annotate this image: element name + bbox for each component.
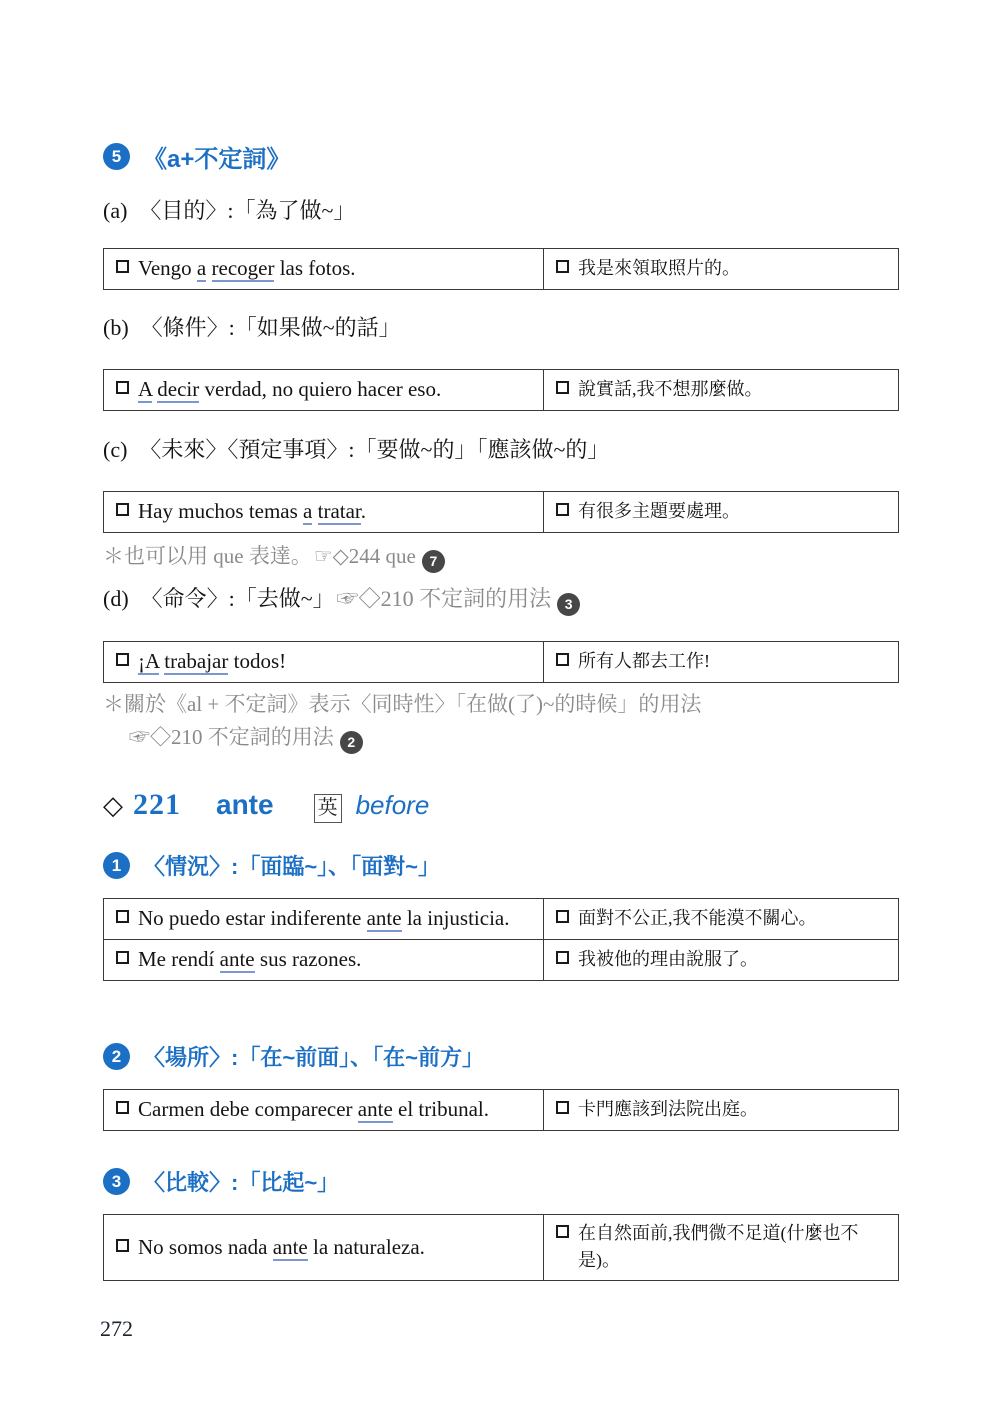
cross-reference: ☞◇244 que — [314, 544, 416, 568]
subsection-b-heading: (b)〈條件〉:「如果做~的話」 — [103, 311, 903, 342]
chinese-translation: 卡門應該到法院出庭。 — [578, 1096, 758, 1123]
chinese-translation: 所有人都去工作! — [578, 648, 710, 675]
chinese-translation: 我被他的理由說服了。 — [578, 946, 758, 973]
subsection-label: (d) — [103, 586, 129, 611]
checkbox-icon — [556, 1101, 569, 1114]
chinese-translation: 面對不公正,我不能漠不關心。 — [578, 905, 817, 932]
spanish-sentence: No somos nada ante la naturaleza. — [138, 1233, 425, 1262]
entry-headword: ante — [216, 789, 274, 821]
section-5-header: 5 《a+不定詞》 — [103, 139, 903, 174]
checkbox-icon — [116, 381, 129, 394]
page-number: 272 — [100, 1316, 300, 1342]
meaning-number-badge: 2 — [103, 1043, 130, 1070]
meaning-number-badge: 1 — [103, 852, 130, 879]
note-line-1: ＊關於《al + 不定詞》表示〈同時性〉「在做(了)~的時候」的用法 — [103, 688, 903, 721]
subsection-title: 〈命令〉:「去做~」 — [141, 586, 335, 611]
reference-number-badge: 2 — [340, 731, 363, 754]
entry-221-header: ◇ 221 ante 英 before — [103, 788, 903, 823]
checkbox-icon — [116, 1239, 129, 1252]
spanish-sentence: No puedo estar indiferente ante la injus… — [138, 904, 509, 933]
note-star: ＊ — [103, 692, 124, 716]
checkbox-icon — [556, 260, 569, 273]
checkbox-icon — [556, 1225, 569, 1238]
note-line-2: ☞◇210 不定詞的用法2 — [129, 721, 903, 754]
subsection-title: 〈條件〉:「如果做~的話」 — [141, 315, 401, 340]
meaning-1-heading: 1 〈情況〉:「面臨~」、「面對~」 — [103, 850, 903, 881]
checkbox-icon — [116, 503, 129, 516]
chinese-translation: 有很多主題要處理。 — [578, 498, 740, 525]
meaning-3-heading: 3 〈比較〉:「比起~」 — [103, 1166, 903, 1197]
section-title: 《a+不定詞》 — [143, 139, 290, 174]
spanish-sentence: Hay muchos temas a tratar. — [138, 497, 366, 526]
checkbox-icon — [116, 910, 129, 923]
example-table-2: Carmen debe comparecer ante el tribunal.… — [103, 1089, 899, 1131]
meaning-2-heading: 2 〈場所〉:「在~前面」、「在~前方」 — [103, 1041, 903, 1072]
chinese-translation: 我是來領取照片的。 — [578, 255, 740, 282]
diamond-icon: ◇ — [103, 793, 123, 819]
english-gloss: before — [356, 790, 430, 821]
table-row: Hay muchos temas a tratar. 有很多主題要處理。 — [104, 492, 899, 533]
checkbox-icon — [116, 951, 129, 964]
checkbox-icon — [556, 503, 569, 516]
reference-number-badge: 7 — [422, 550, 445, 573]
section-number-badge: 5 — [103, 143, 130, 170]
checkbox-icon — [116, 1101, 129, 1114]
spanish-sentence: ¡A trabajar todos! — [138, 647, 286, 676]
subsection-c-heading: (c)〈未來〉〈預定事項〉:「要做~的」「應該做~的」 — [103, 433, 903, 464]
usage-note-que: ＊也可以用 que 表達。☞◇244 que7 — [103, 540, 903, 573]
note-text: 關於《al + 不定詞》表示〈同時性〉「在做(了)~的時候」的用法 — [124, 692, 701, 716]
example-table-d: ¡A trabajar todos! 所有人都去工作! — [103, 641, 899, 683]
table-row: Vengo a recoger las fotos. 我是來領取照片的。 — [104, 249, 899, 290]
subsection-label: (b) — [103, 315, 129, 340]
checkbox-icon — [116, 653, 129, 666]
note-text: 也可以用 que 表達。 — [124, 544, 312, 568]
table-row: No somos nada ante la naturaleza. 在自然面前,… — [104, 1215, 899, 1281]
spanish-sentence: Carmen debe comparecer ante el tribunal. — [138, 1095, 489, 1124]
spanish-sentence: Me rendí ante sus razones. — [138, 945, 361, 974]
subsection-label: (a) — [103, 198, 127, 223]
table-row: A decir verdad, no quiero hacer eso. 說實話… — [104, 370, 899, 411]
checkbox-icon — [556, 381, 569, 394]
table-row: ¡A trabajar todos! 所有人都去工作! — [104, 642, 899, 683]
cross-reference: ☞◇210 不定詞的用法 — [337, 586, 552, 611]
cross-reference: ☞◇210 不定詞的用法 — [129, 725, 334, 749]
meaning-title: 〈情況〉:「面臨~」、「面對~」 — [143, 850, 440, 881]
subsection-d-heading: (d)〈命令〉:「去做~」☞◇210 不定詞的用法3 — [103, 582, 903, 616]
meaning-number-badge: 3 — [103, 1168, 130, 1195]
table-row: No puedo estar indiferente ante la injus… — [104, 899, 899, 940]
spanish-sentence: A decir verdad, no quiero hacer eso. — [138, 375, 441, 404]
chinese-translation: 說實話,我不想那麼做。 — [578, 376, 763, 403]
usage-note-al-infinitive: ＊關於《al + 不定詞》表示〈同時性〉「在做(了)~的時候」的用法 ☞◇210… — [103, 688, 903, 754]
checkbox-icon — [556, 653, 569, 666]
subsection-title: 〈目的〉:「為了做~」 — [139, 198, 355, 223]
example-table-a: Vengo a recoger las fotos. 我是來領取照片的。 — [103, 248, 899, 290]
example-table-3: No somos nada ante la naturaleza. 在自然面前,… — [103, 1214, 899, 1281]
checkbox-icon — [556, 951, 569, 964]
entry-number: 221 — [133, 788, 181, 822]
meaning-title: 〈場所〉:「在~前面」、「在~前方」 — [143, 1041, 484, 1072]
checkbox-icon — [116, 260, 129, 273]
reference-number-badge: 3 — [557, 593, 580, 616]
english-label-box: 英 — [314, 794, 342, 823]
subsection-title: 〈未來〉〈預定事項〉:「要做~的」「應該做~的」 — [139, 437, 609, 462]
meaning-title: 〈比較〉:「比起~」 — [143, 1166, 339, 1197]
spanish-sentence: Vengo a recoger las fotos. — [138, 254, 356, 283]
subsection-a-heading: (a)〈目的〉:「為了做~」 — [103, 194, 903, 225]
note-star: ＊ — [103, 544, 124, 568]
example-table-1: No puedo estar indiferente ante la injus… — [103, 898, 899, 981]
table-row: Me rendí ante sus razones. 我被他的理由說服了。 — [104, 940, 899, 981]
checkbox-icon — [556, 910, 569, 923]
subsection-label: (c) — [103, 437, 127, 462]
example-table-b: A decir verdad, no quiero hacer eso. 說實話… — [103, 369, 899, 411]
example-table-c: Hay muchos temas a tratar. 有很多主題要處理。 — [103, 491, 899, 533]
table-row: Carmen debe comparecer ante el tribunal.… — [104, 1090, 899, 1131]
chinese-translation: 在自然面前,我們微不足道(什麼也不是)。 — [578, 1220, 890, 1274]
